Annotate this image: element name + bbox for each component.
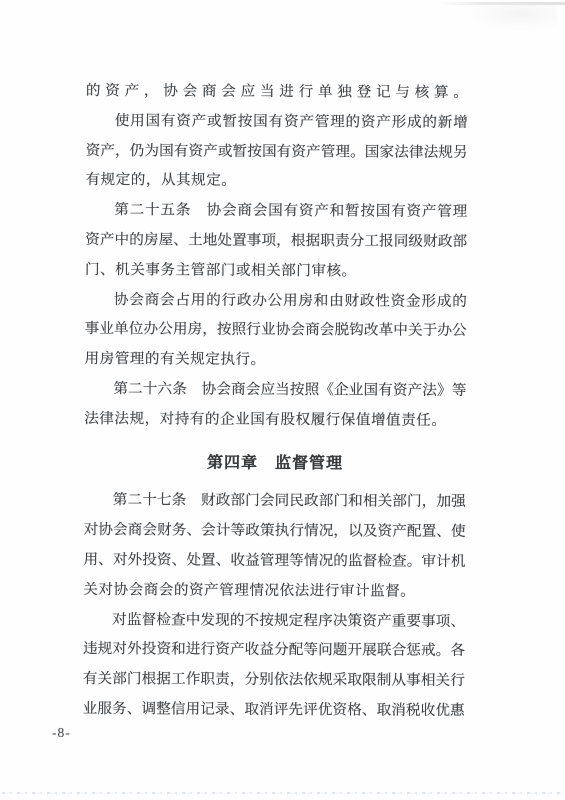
- text-line: 关对协会商会的资产管理情况依法进行审计监督。: [83, 576, 465, 608]
- text-line: 第二十六条 协会商会应当按照《企业国有资产法》等: [84, 375, 466, 407]
- text-line: 第二十五条 协会商会国有资产和暂按国有资产管理: [85, 196, 467, 228]
- text-line: 有关部门根据工作职责，分别依法依规采取限制从事相关行: [83, 665, 465, 697]
- text-line: 用、对外投资、处置、收益管理等情况的监督检查。审计机: [83, 546, 465, 578]
- text-line: 用房管理的有关规定执行。: [84, 345, 466, 377]
- text-line: 有规定的，从其规定。: [85, 166, 467, 198]
- text-line: 业服务、调整信用记录、取消评先评优资格、取消税收优惠: [83, 695, 465, 727]
- text-line: 门、机关事务主管部门或相关部门审核。: [85, 256, 467, 288]
- scan-artifact-top-smudge: [467, 5, 557, 33]
- text-line: 协会商会占用的行政办公用房和由财政性资金形成的: [85, 286, 467, 318]
- document-page: 的资产，协会商会应当进行单独登记与核算。使用国有资产或暂按国有资产管理的资产形成…: [0, 0, 565, 800]
- text-line: 使用国有资产或暂按国有资产管理的资产形成的新增: [86, 107, 468, 139]
- scan-artifact-bottom-line: [2, 792, 563, 794]
- text-line: 对协会商会财务、会计等政策执行情况，以及资产配置、使: [84, 516, 466, 548]
- text-line: 对监督检查中发现的不按规定程序决策资产重要事项、: [83, 606, 465, 638]
- document-body: 的资产，协会商会应当进行单独登记与核算。使用国有资产或暂按国有资产管理的资产形成…: [83, 77, 468, 727]
- text-line: 资产，仍为国有资产或暂按国有资产管理。国家法律法规另: [86, 137, 468, 169]
- text-line: 的资产，协会商会应当进行单独登记与核算。: [86, 77, 468, 109]
- text-line: 法律法规，对持有的企业国有股权履行保值增值责任。: [84, 405, 466, 437]
- chapter-heading: 第四章 监督管理: [84, 448, 466, 480]
- text-line: 资产中的房屋、土地处置事项，根据职责分工报同级财政部: [85, 226, 467, 258]
- text-line: 违规对外投资和进行资产收益分配等问题开展联合惩戒。各: [83, 635, 465, 667]
- page-number: -8-: [52, 725, 71, 741]
- text-line: 第二十七条 财政部门会同民政部门和相关部门，加强: [84, 486, 466, 518]
- text-line: 事业单位办公用房，按照行业协会商会脱钩改革中关于办公: [85, 315, 467, 347]
